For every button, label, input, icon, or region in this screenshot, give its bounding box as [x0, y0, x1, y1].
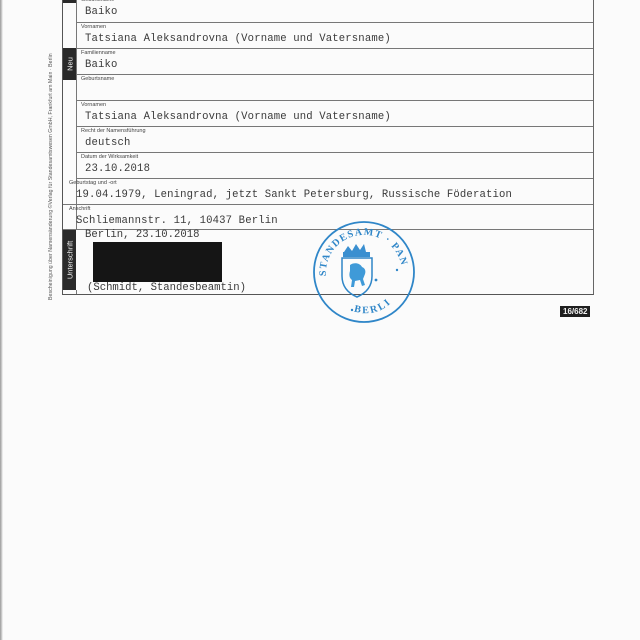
row-effective-date: Datum der Wirksamkeit 23.10.2018 [76, 153, 593, 179]
row-birth-name: Geburtsname [76, 75, 593, 101]
new-section-tab: Neu [63, 48, 76, 80]
row-first-names: Vornamen Tatsiana Aleksandrovna (Vorname… [76, 101, 593, 127]
official-stamp: STANDESAMT · PANKOW BERLIN [312, 220, 416, 324]
field-label: Vornamen [81, 102, 106, 108]
page-edge [0, 0, 3, 640]
standesamt-pankow-seal-icon: STANDESAMT · PANKOW BERLIN [312, 220, 416, 324]
field-value: Tatsiana Aleksandrovna (Vorname und Vate… [85, 33, 391, 45]
row-naming-law: Recht der Namensführung deutsch [76, 127, 593, 153]
field-value: deutsch [85, 137, 131, 149]
page-number-badge: 16/682 [560, 306, 590, 317]
signature-tab-box [63, 290, 77, 294]
signature-section-tab: Unterschrift [63, 230, 76, 290]
field-value: Schliemannstr. 11, 10437 Berlin [76, 215, 278, 227]
field-value: Tatsiana Aleksandrovna (Vorname und Vate… [85, 111, 391, 123]
field-value: Baiko [85, 59, 118, 71]
new-section-label: Neu [65, 57, 74, 71]
field-label: Geburtstag und -ort [69, 180, 117, 186]
signatory-name: (Schmidt, Standesbeamtin) [87, 282, 246, 294]
field-label: Geburtsname [81, 0, 114, 3]
row-old-first-names: Vornamen Tatsiana Aleksandrovna (Vorname… [76, 23, 593, 49]
field-label: Geburtsname [81, 76, 114, 82]
field-label: Recht der Namensführung [81, 128, 146, 134]
field-value: 23.10.2018 [85, 163, 150, 175]
field-value: 19.04.1979, Leningrad, jetzt Sankt Peter… [76, 189, 512, 201]
row-birth-date-place: Geburtstag und -ort 19.04.1979, Leningra… [63, 179, 593, 205]
field-value: Baiko [85, 6, 118, 18]
field-label: Anschrift [69, 206, 90, 212]
field-label: Datum der Wirksamkeit [81, 154, 138, 160]
row-family-name: Familienname Baiko [76, 49, 593, 75]
signature-place-date: Berlin, 23.10.2018 [85, 229, 199, 241]
signature-section-label: Unterschrift [65, 241, 74, 279]
field-label: Familienname [81, 50, 116, 56]
row-old-birth-name: Geburtsname Baiko [76, 0, 593, 23]
old-section-tab [63, 0, 76, 3]
field-label: Vornamen [81, 24, 106, 30]
form-publisher-note: Bescheinigung über Namensänderung ©Verla… [48, 53, 54, 300]
redacted-signature [93, 242, 222, 282]
